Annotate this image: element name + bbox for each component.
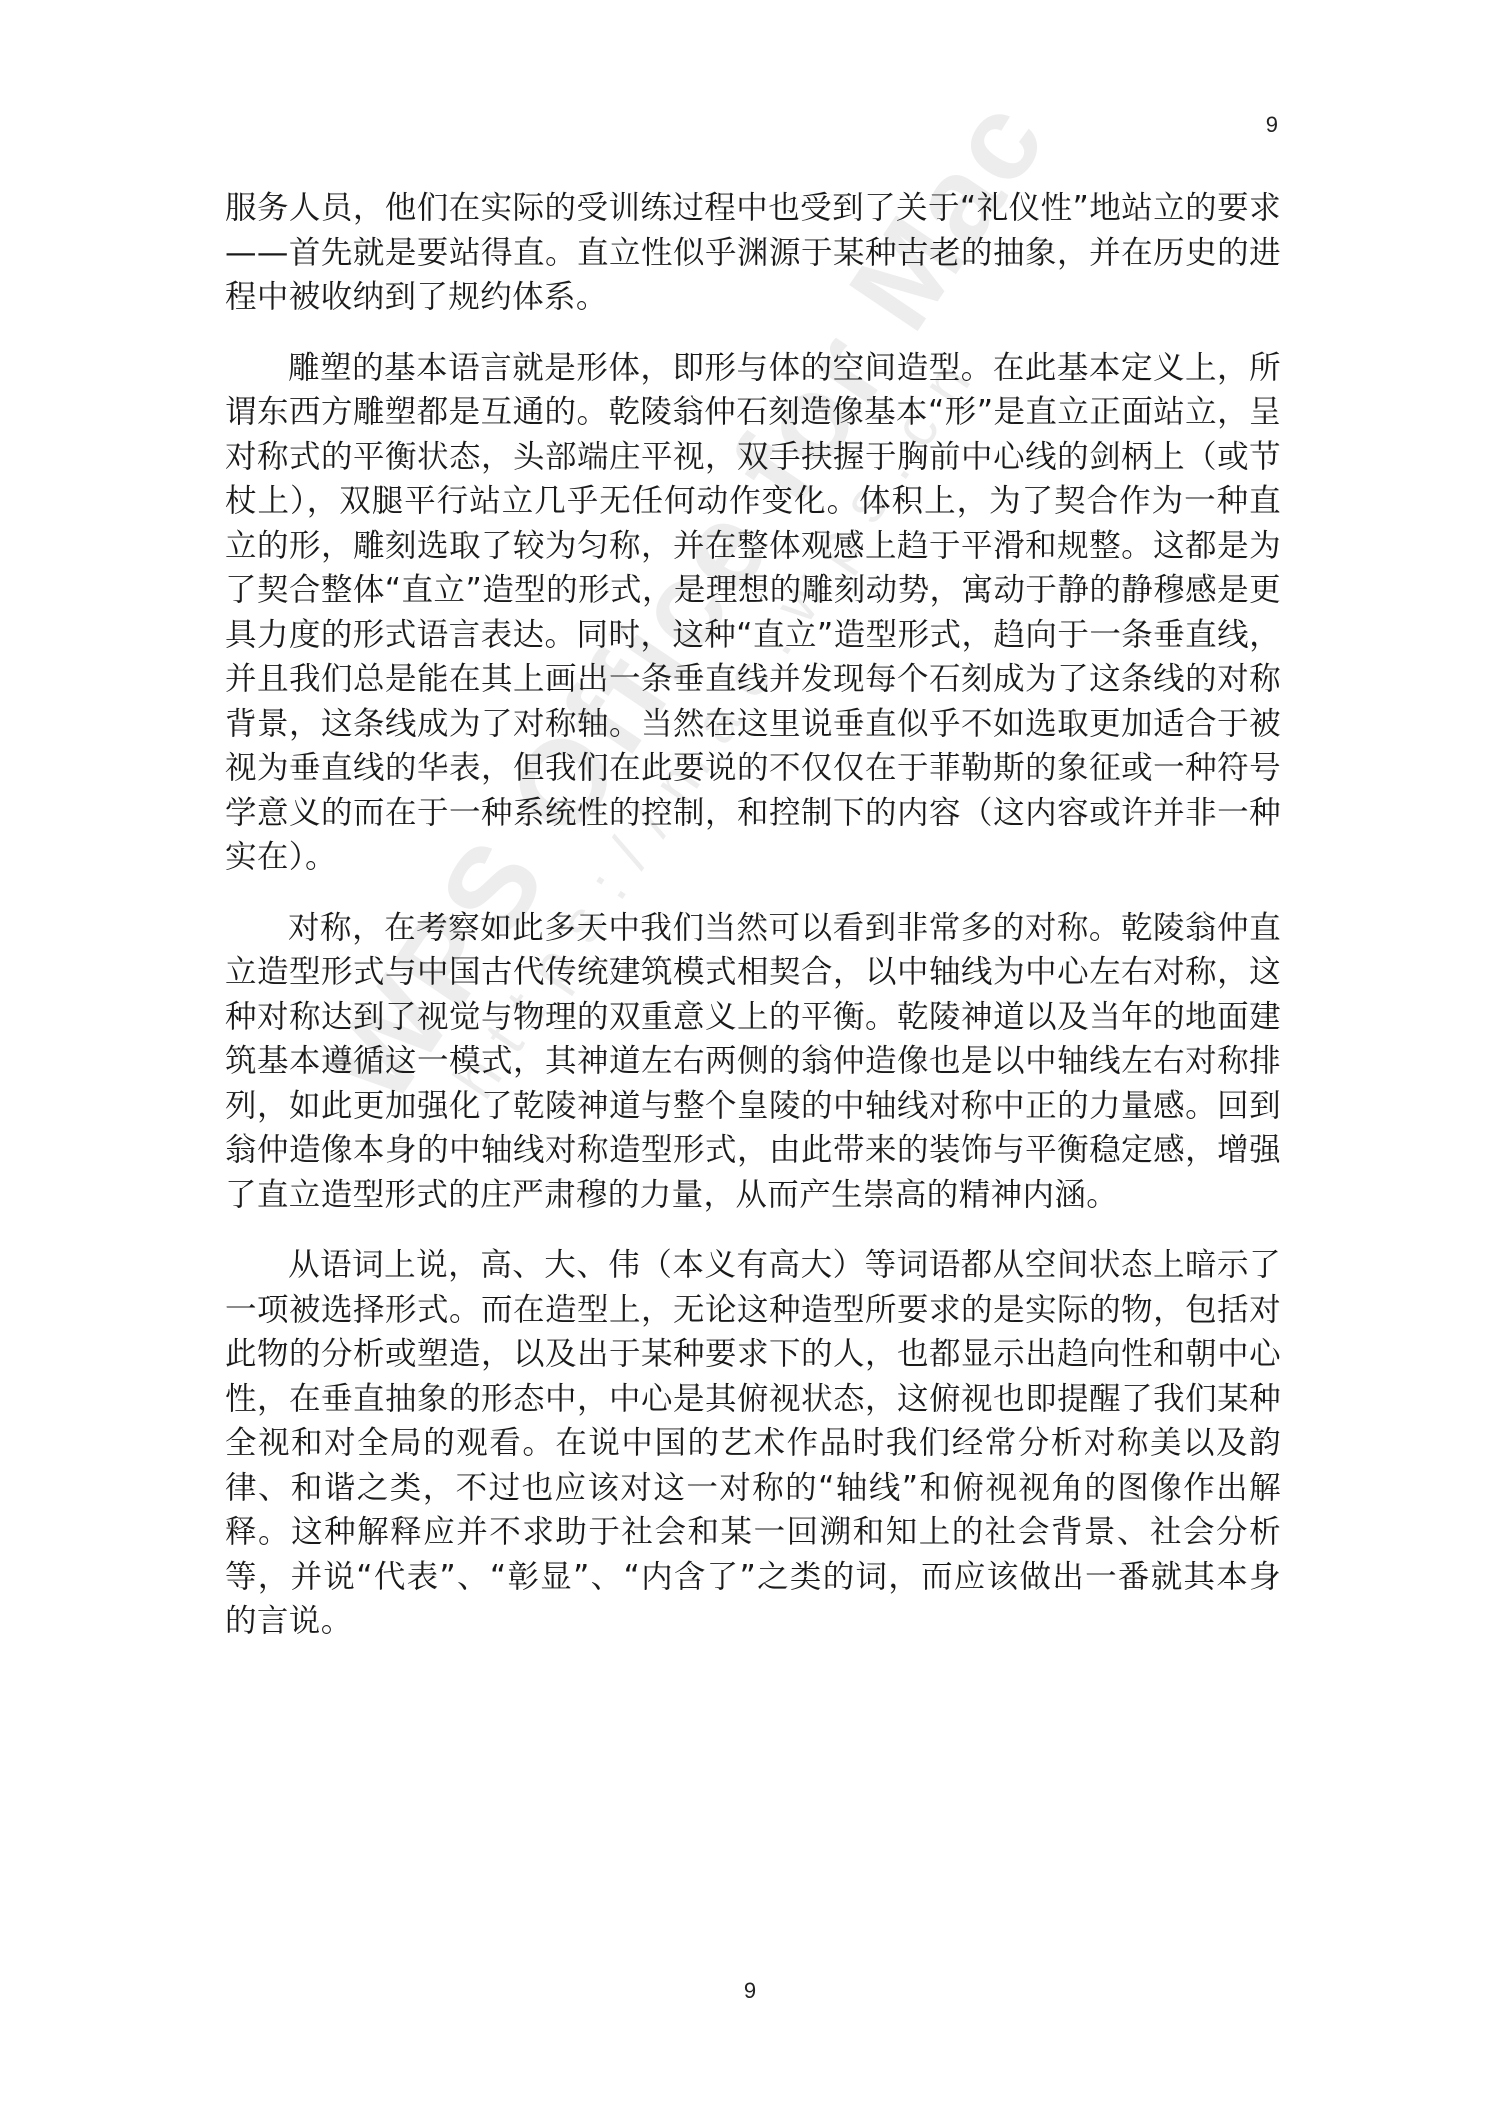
paragraph-4: 从语词上说，高、大、伟（本义有高大）等词语都从空间状态上暗示了一项被选择形式。而…	[225, 1243, 1281, 1644]
paragraph-1: 服务人员，他们在实际的受训练过程中也受到了关于“礼仪性”地站立的要求——首先就是…	[225, 186, 1281, 320]
page-number-top: 9	[1266, 112, 1278, 138]
page-number-bottom: 9	[0, 1978, 1500, 2004]
document-body: 服务人员，他们在实际的受训练过程中也受到了关于“礼仪性”地站立的要求——首先就是…	[225, 186, 1281, 1670]
paragraph-2: 雕塑的基本语言就是形体，即形与体的空间造型。在此基本定义上，所谓东西方雕塑都是互…	[225, 346, 1281, 880]
paragraph-3: 对称，在考察如此多天中我们当然可以看到非常多的对称。乾陵翁仲直立造型形式与中国古…	[225, 906, 1281, 1218]
